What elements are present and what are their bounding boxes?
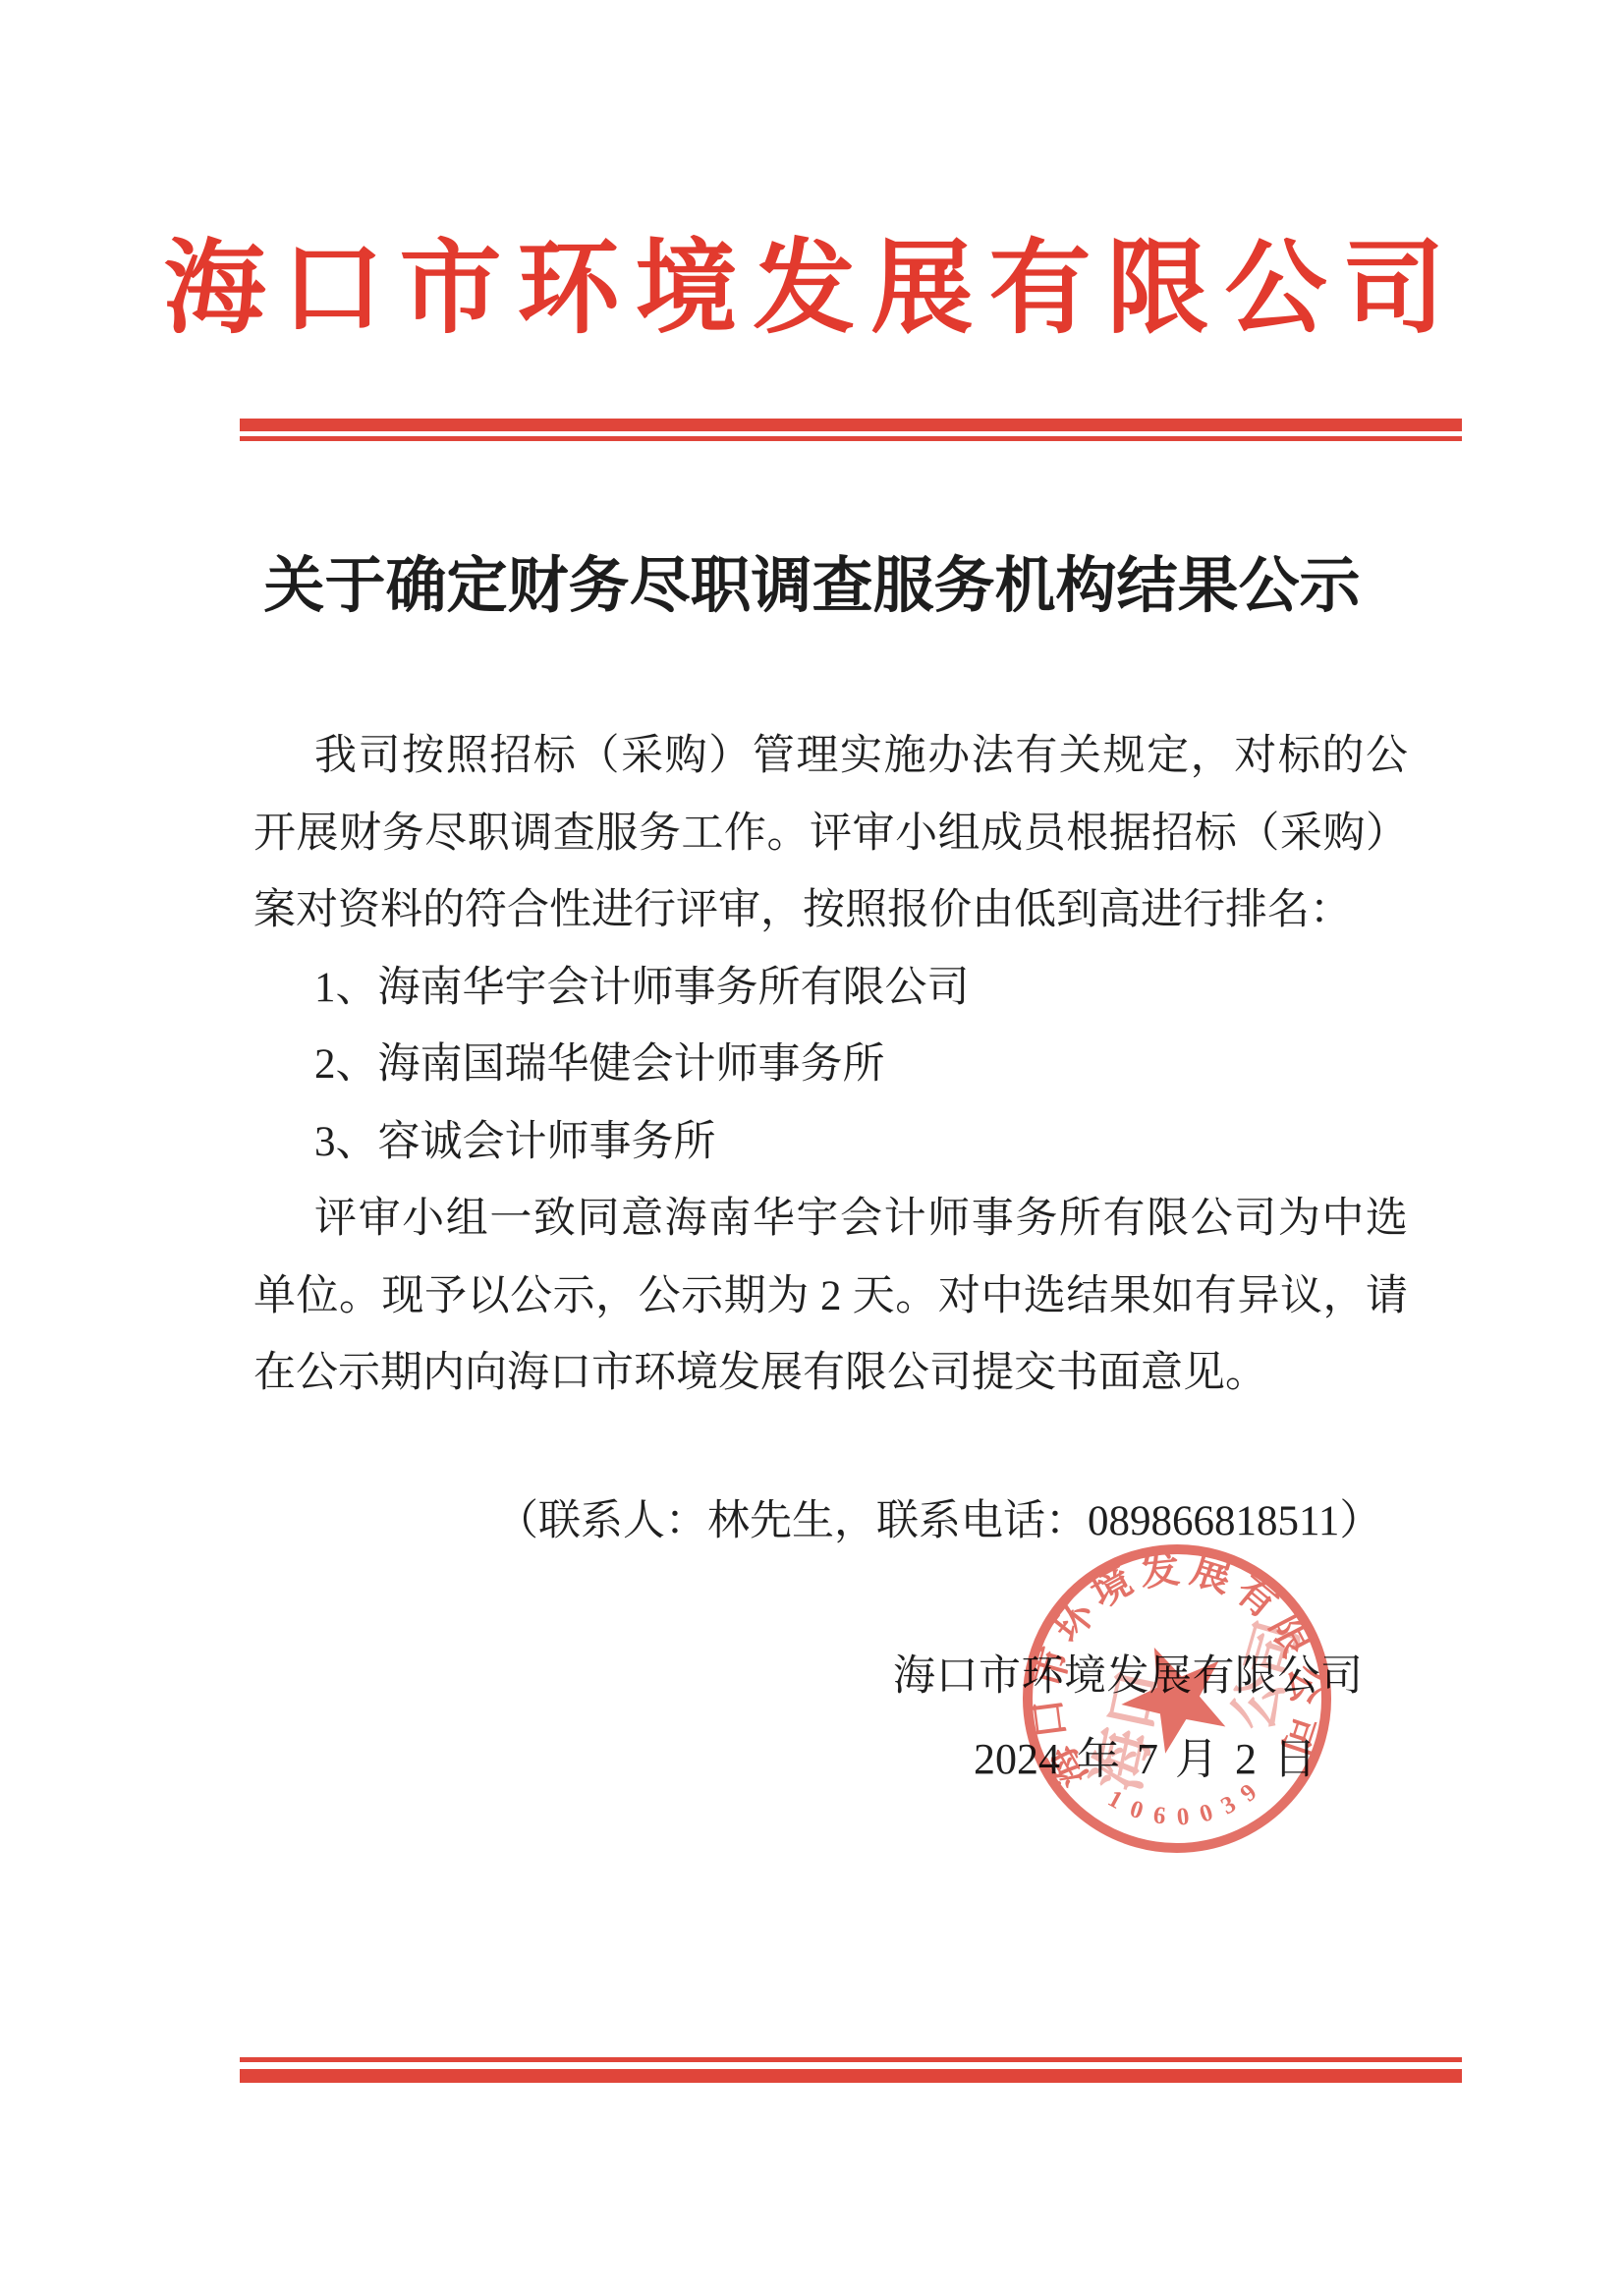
ranked-bidder-item: 2、海南国瑞华健会计师事务所 — [253, 1027, 1408, 1104]
ranked-bidder-item: 3、容诚会计师事务所 — [253, 1104, 1408, 1182]
document-page: 海口市环境发展有限公司 关于确定财务尽职调查服务机构结果公示 我司按照招标（采购… — [0, 0, 1624, 2295]
contact-info-line: （联系人：林先生，联系电话：089866818511） — [496, 1487, 1381, 1547]
document-body: 我司按照招标（采购）管理实施办法有关规定，对标的公司 开展财务尽职调查服务工作。… — [253, 718, 1408, 1413]
body-line: 单位。现予以公示，公示期为 2 天。对中选结果如有异议，请 — [253, 1259, 1408, 1336]
document-title: 关于确定财务尽职调查服务机构结果公示 — [0, 550, 1624, 623]
body-line: 我司按照招标（采购）管理实施办法有关规定，对标的公司 — [253, 718, 1408, 796]
body-line: 案对资料的符合性进行评审，按照报价由低到高进行排名： — [253, 872, 1408, 950]
ranked-bidder-item: 1、海南华宇会计师事务所有限公司 — [253, 950, 1408, 1028]
signature-company-name: 海口市环境发展有限公司 — [893, 1643, 1364, 1703]
bottom-rule-thick — [240, 2069, 1462, 2083]
body-line: 开展财务尽职调查服务工作。评审小组成员根据招标（采购）方 — [253, 796, 1408, 873]
top-rule-thin — [240, 436, 1462, 441]
signature-date: 2024 年 7 月 2 日 — [974, 1723, 1316, 1786]
body-line: 评审小组一致同意海南华宇会计师事务所有限公司为中选 — [253, 1181, 1408, 1259]
body-line: 在公示期内向海口市环境发展有限公司提交书面意见。 — [253, 1335, 1408, 1413]
letterhead-company-name: 海口市环境发展有限公司 — [0, 234, 1624, 346]
top-rule-thick — [240, 419, 1462, 431]
bottom-rule-thin — [240, 2057, 1462, 2062]
